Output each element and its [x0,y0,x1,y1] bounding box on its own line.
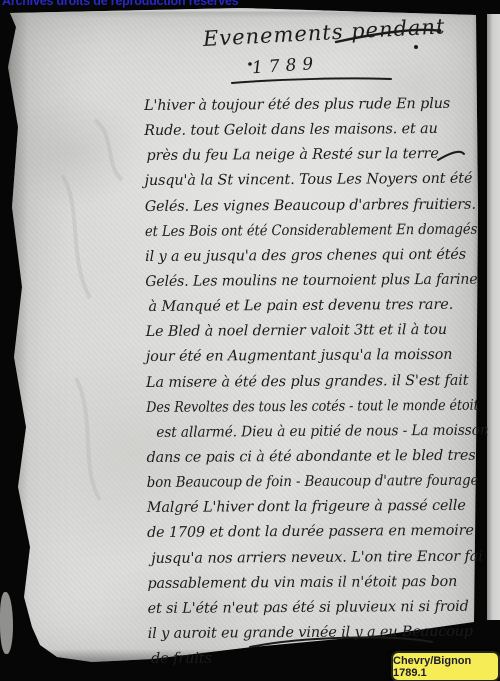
manuscript-line: L'hiver à toujour été des plus rude En p… [144,92,476,119]
manuscript-line: est allarmé. Dieu à eu pitié de nous - L… [156,419,463,446]
manuscript-line: jour été en Augmentant jusqu'a la moisso… [146,343,478,370]
manuscript-line: Gelés. Les vignes Beaucoup d'arbres frui… [145,192,477,219]
manuscript-line: bon Beaucoup de foin - Beaucoup d'autre … [147,469,456,496]
manuscript-line: La misere à été des plus grandes. il S'e… [146,368,478,395]
manuscript-line: jusqu'à la St vincent. Tous Les Noyers o… [145,167,477,194]
copyright-watermark: Archives droits de reproduction réservés [2,0,239,8]
manuscript-line: dans ce pais ci à été abondante et le bl… [146,444,478,471]
archive-reference-label: Chevry/Bignon 1789.1 [391,651,500,681]
adjacent-page-edge [487,14,500,620]
manuscript-line: à Manqué et Le pain est devenu tres rare… [148,293,480,320]
scanned-manuscript-photo: Archives droits de reproduction réservés… [0,0,500,681]
manuscript-line: près du feu La neige à Resté sur la terr… [146,142,478,169]
manuscript-line: et Les Bois ont été Considerablement En … [145,218,450,245]
manuscript-line: et si L'été n'eut pas été si pluvieux ni… [148,594,480,621]
manuscript-line: jusqu'a nos arriers neveux. L'on tire En… [151,544,482,571]
manuscript-line: Gelés. Les moulins ne tournoient plus La… [145,268,469,295]
manuscript-line: il y a eu jusqu'a des gros chenes qui on… [145,243,477,270]
manuscript-line: Des Revoltes des tous les cotés - tout l… [146,394,441,421]
manuscript-line: passablement du vin mais il n'étoit pas … [147,569,479,596]
manuscript-body: L'hiver à toujour été des plus rude En p… [144,92,484,673]
manuscript-line: Malgré L'hiver dont la frigeure à passé … [147,494,479,521]
manuscript-line: il y auroit eu grande vinée il y a eu Be… [148,620,480,647]
manuscript-line: Le Bled à noel dernier valoit 3tt et il … [146,318,478,345]
manuscript-line: Rude. tout Geloit dans les maisons. et a… [144,117,476,144]
underlying-page-edge [0,592,13,654]
manuscript-line: de 1709 et dont la durée passera en memo… [147,519,479,546]
